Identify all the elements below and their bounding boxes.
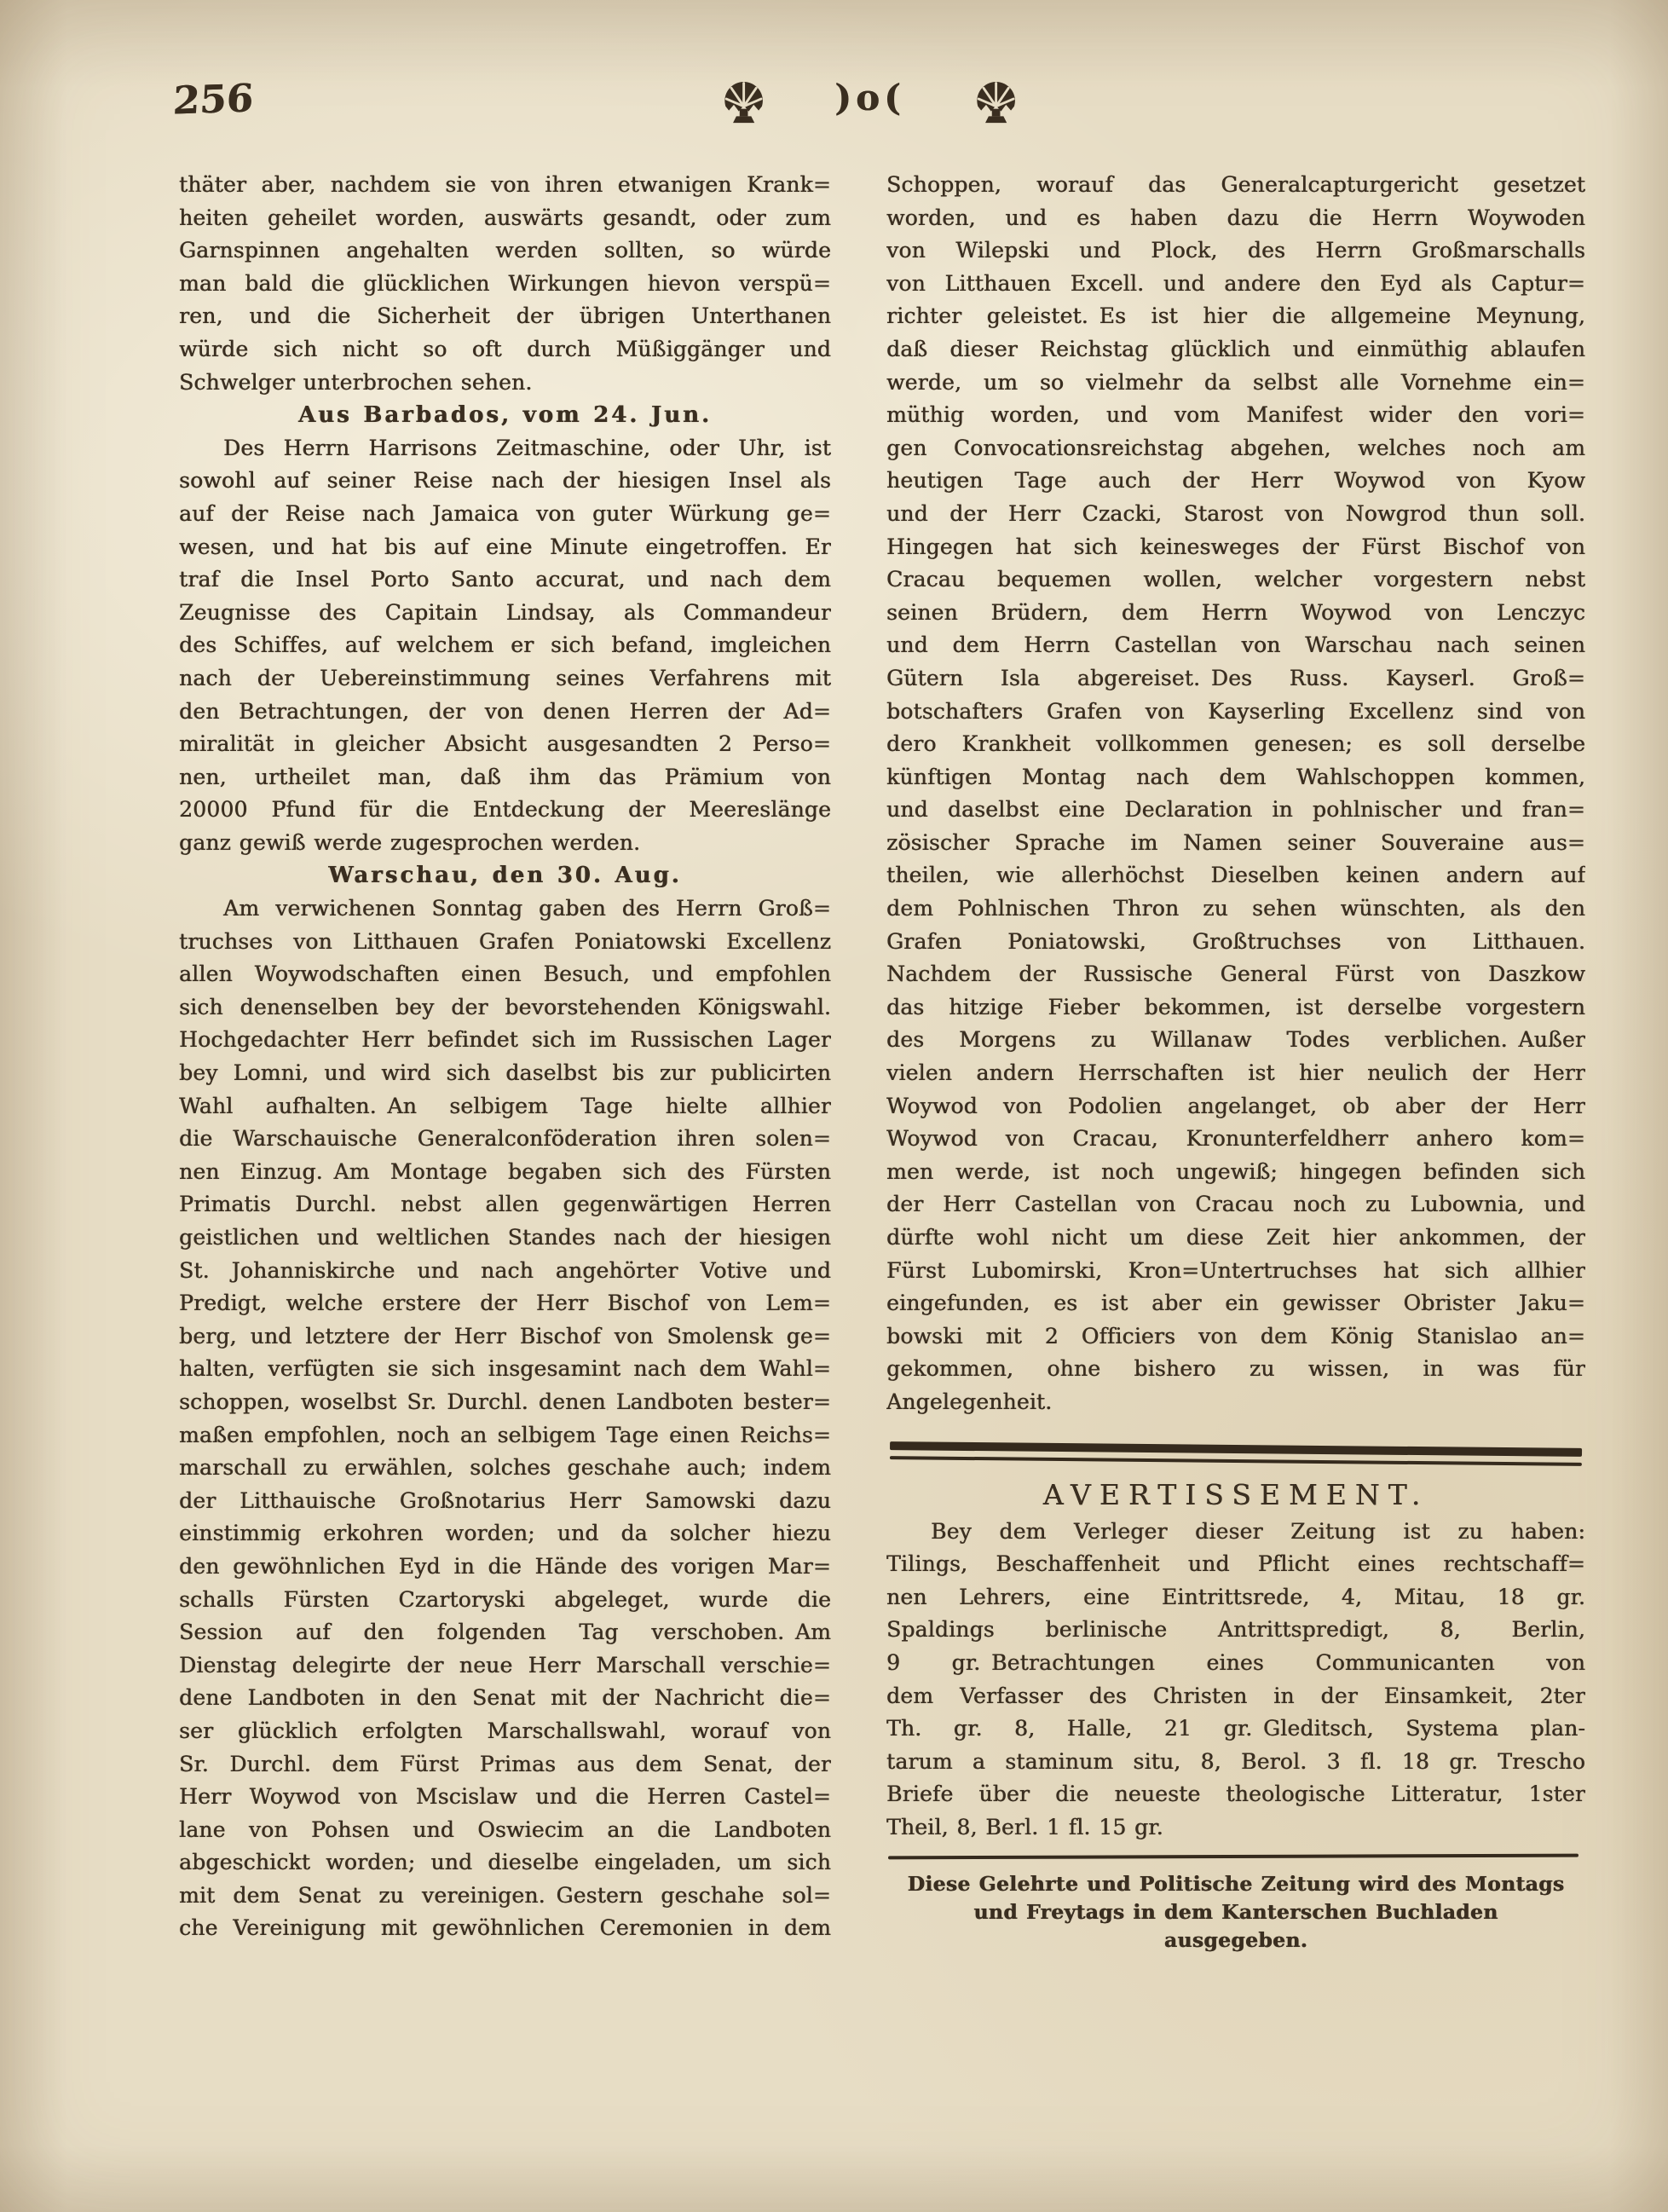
text-line: zösischer Sprache im Namen seiner Souver… <box>886 827 1585 860</box>
text-line: Fürst Lubomirski, Kron=Untertruchses hat… <box>886 1255 1585 1288</box>
text-line: che Vereinigung mit gewöhnlichen Ceremon… <box>179 1912 831 1945</box>
text-line: ren, und die Sicherheit der übrigen Unte… <box>179 300 831 333</box>
text-line: Herr Woywod von Mscislaw und die Herren … <box>179 1781 831 1814</box>
rule-bar <box>890 1441 1582 1457</box>
text-line: men werde, ist noch ungewiß; hingegen be… <box>886 1156 1585 1189</box>
text-line: richter geleistet. Es ist hier die allge… <box>886 300 1585 333</box>
text-line: wesen, und hat bis auf eine Minute einge… <box>179 531 831 564</box>
text-line: der Litthauische Großnotarius Herr Samow… <box>179 1485 831 1518</box>
text-line: von Wilepski und Plock, des Herrn Großma… <box>886 234 1585 268</box>
text-line: maßen empfohlen, noch an selbigem Tage e… <box>179 1419 831 1453</box>
text-line: daß dieser Reichstag glücklich und einmü… <box>886 333 1585 367</box>
dateline-heading: Aus Barbados, vom 24. Jun. <box>179 399 831 432</box>
text-line: Diese Gelehrte und Politische Zeitung wi… <box>886 1870 1585 1898</box>
text-line: und daselbst eine Declaration in pohlnis… <box>886 794 1585 827</box>
text-line: seinen Brüdern, dem Herrn Woywod von Len… <box>886 597 1585 630</box>
text-line: nen Lehrers, eine Eintrittsrede, 4, Mita… <box>886 1581 1585 1614</box>
text-line: Wahl aufhalten. An selbigem Tage hielte … <box>179 1090 831 1123</box>
page-number: 256 <box>172 78 255 119</box>
text-line: Garnspinnen angehalten werden sollten, s… <box>179 234 831 268</box>
column-right: Schoppen, worauf das Generalcapturgerich… <box>886 169 1585 1955</box>
text-line: berg, und letztere der Herr Bischof von … <box>179 1320 831 1354</box>
text-line: Woywod von Podolien angelanget, ob aber … <box>886 1090 1585 1123</box>
text-line: Predigt, welche erstere der Herr Bischof… <box>179 1287 831 1320</box>
text-line: gekommen, ohne bishero zu wissen, in was… <box>886 1353 1585 1386</box>
text-line: Am verwichenen Sonntag gaben des Herrn G… <box>179 892 831 926</box>
text-line: Tilings, Beschaffenheit und Pflicht eine… <box>886 1548 1585 1581</box>
text-line: auf der Reise nach Jamaica von guter Wür… <box>179 498 831 531</box>
text-line: ausgegeben. <box>886 1926 1585 1955</box>
text-line: 9 gr. Betrachtungen eines Communicanten … <box>886 1647 1585 1680</box>
text-line: sich denenselben bey der bevorstehenden … <box>179 991 831 1025</box>
text-line: heiten geheilet worden, auswärts gesandt… <box>179 202 831 235</box>
text-line: und dem Herrn Castellan von Warschau nac… <box>886 629 1585 662</box>
text-line: des Morgens zu Willanaw Todes verblichen… <box>886 1024 1585 1057</box>
text-line: Spaldings berlinische Antrittspredigt, 8… <box>886 1614 1585 1647</box>
text-line: würde sich nicht so oft durch Müßiggänge… <box>179 333 831 367</box>
rule-divider <box>888 1853 1579 1859</box>
advertisement-heading: AVERTISSEMENT. <box>886 1476 1585 1514</box>
text-line: lane von Pohsen und Oswiecim an die Land… <box>179 1814 831 1847</box>
colophon: Diese Gelehrte und Politische Zeitung wi… <box>886 1870 1585 1955</box>
text-line: dero Krankheit vollkommen genesen; es so… <box>886 728 1585 761</box>
text-line: traf die Insel Porto Santo accurat, und … <box>179 563 831 597</box>
rule-bar <box>890 1456 1582 1466</box>
text-line: Briefe über die neueste theologische Lit… <box>886 1778 1585 1811</box>
signature-mark: )o( <box>834 80 905 119</box>
text-line: tarum a staminum situ, 8, Berol. 3 fl. 1… <box>886 1746 1585 1779</box>
text-line: geistlichen und weltlichen Standes nach … <box>179 1222 831 1255</box>
text-line: dem Pohlnischen Thron zu sehen wünschten… <box>886 892 1585 926</box>
double-rule-divider <box>890 1441 1582 1466</box>
text-line: gen Convocationsreichstag abgehen, welch… <box>886 432 1585 465</box>
text-line: Hochgedachter Herr befindet sich im Russ… <box>179 1024 831 1057</box>
text-line: Primatis Durchl. nebst allen gegenwärtig… <box>179 1188 831 1222</box>
text-line: nen, urtheilet man, daß ihm das Prämium … <box>179 761 831 794</box>
text-line: Schwelger unterbrochen sehen. <box>179 367 831 400</box>
text-line: Theil, 8, Berl. 1 fl. 15 gr. <box>886 1811 1585 1845</box>
text-line: ganz gewiß werde zugesprochen werden. <box>179 827 831 860</box>
text-line: Sr. Durchl. dem Fürst Primas aus dem Sen… <box>179 1748 831 1782</box>
text-line: abgeschickt worden; und dieselbe eingela… <box>179 1846 831 1880</box>
text-line: St. Johanniskirche und nach angehörter V… <box>179 1255 831 1288</box>
printer-shell-ornament-icon <box>717 73 770 126</box>
column-left: thäter aber, nachdem sie von ihren etwan… <box>179 169 831 1955</box>
body-paragraph: Bey dem Verleger dieser Zeitung ist zu h… <box>886 1516 1585 1845</box>
text-line: künftigen Montag nach dem Wahlschoppen k… <box>886 761 1585 794</box>
text-line: mit dem Senat zu vereinigen. Gestern ges… <box>179 1880 831 1913</box>
text-line: worden, und es haben dazu die Herrn Woyw… <box>886 202 1585 235</box>
text-line: den gewöhnlichen Eyd in die Hände des vo… <box>179 1551 831 1584</box>
text-line: Des Herrn Harrisons Zeitmaschine, oder U… <box>179 432 831 465</box>
text-line: eingefunden, es ist aber ein gewisser Ob… <box>886 1287 1585 1320</box>
body-paragraph: Schoppen, worauf das Generalcapturgerich… <box>886 169 1585 1419</box>
text-line: Hingegen hat sich keinesweges der Fürst … <box>886 531 1585 564</box>
text-line: einstimmig erkohren worden; und da solch… <box>179 1517 831 1551</box>
text-line: man bald die glücklichen Wirkungen hievo… <box>179 268 831 301</box>
body-paragraph: Des Herrn Harrisons Zeitmaschine, oder U… <box>179 432 831 860</box>
text-line: theilen, wie allerhöchst Dieselben keine… <box>886 859 1585 892</box>
text-line: sowohl auf seiner Reise nach der hiesige… <box>179 465 831 498</box>
header-ornaments: )o( <box>717 73 1023 126</box>
text-line: Nachdem der Russische General Fürst von … <box>886 958 1585 991</box>
text-line: Grafen Poniatowski, Großtruchses von Lit… <box>886 926 1585 959</box>
text-line: Angelegenheit. <box>886 1386 1585 1419</box>
text-line: schoppen, woselbst Sr. Durchl. denen Lan… <box>179 1386 831 1419</box>
text-line: 20000 Pfund für die Entdeckung der Meere… <box>179 794 831 827</box>
text-line: dürfte wohl nicht um diese Zeit hier ank… <box>886 1222 1585 1255</box>
body-paragraph: thäter aber, nachdem sie von ihren etwan… <box>179 169 831 399</box>
text-line: und Freytags in dem Kanterschen Buchlade… <box>886 1898 1585 1926</box>
text-line: Schoppen, worauf das Generalcapturgerich… <box>886 169 1585 202</box>
text-line: Zeugnisse des Capitain Lindsay, als Comm… <box>179 597 831 630</box>
text-line: nen Einzug. Am Montage begaben sich des … <box>179 1156 831 1189</box>
text-line: die Warschauische Generalconföderation i… <box>179 1123 831 1156</box>
text-line: marschall zu erwählen, solches geschahe … <box>179 1452 831 1485</box>
text-line: müthig worden, und vom Manifest wider de… <box>886 399 1585 432</box>
text-line: Cracau bequemen wollen, welcher vorgeste… <box>886 563 1585 597</box>
text-line: miralität in gleicher Absicht ausgesandt… <box>179 728 831 761</box>
text-line: und der Herr Czacki, Starost von Nowgrod… <box>886 498 1585 531</box>
text-line: halten, verfügten sie sich insgesamint n… <box>179 1353 831 1386</box>
text-line: allen Woywodschaften einen Besuch, und e… <box>179 958 831 991</box>
text-line: Session auf den folgenden Tag verschoben… <box>179 1616 831 1649</box>
text-line: nach der Uebereinstimmung seines Verfahr… <box>179 662 831 696</box>
text-line: schalls Fürsten Czartoryski abgeleget, w… <box>179 1584 831 1617</box>
text-line: Woywod von Cracau, Kronunterfeldherr anh… <box>886 1123 1585 1156</box>
printer-shell-ornament-icon <box>970 73 1023 126</box>
dateline-heading: Warschau, den 30. Aug. <box>179 859 831 892</box>
text-line: thäter aber, nachdem sie von ihren etwan… <box>179 169 831 202</box>
text-line: bey Lomni, und wird sich daselbst bis zu… <box>179 1057 831 1090</box>
text-line: vielen andern Herrschaften ist hier neul… <box>886 1057 1585 1090</box>
newspaper-page: 256 )o( <box>0 0 1668 2212</box>
body-paragraph: Am verwichenen Sonntag gaben des Herrn G… <box>179 892 831 1945</box>
text-line: Bey dem Verleger dieser Zeitung ist zu h… <box>886 1516 1585 1549</box>
text-line: Gütern Isla abgereiset. Des Russ. Kayser… <box>886 662 1585 696</box>
text-line: werde, um so vielmehr da selbst alle Vor… <box>886 367 1585 400</box>
text-line: botschafters Grafen von Kayserling Excel… <box>886 696 1585 729</box>
text-line: ser glücklich erfolgten Marschallswahl, … <box>179 1715 831 1748</box>
text-line: bowski mit 2 Officiers von dem König Sta… <box>886 1320 1585 1354</box>
text-columns: thäter aber, nachdem sie von ihren etwan… <box>179 169 1585 1955</box>
text-line: Th. gr. 8, Halle, 21 gr. Gleditsch, Syst… <box>886 1712 1585 1746</box>
text-line: heutigen Tage auch der Herr Woywod von K… <box>886 465 1585 498</box>
text-line: dene Landboten in den Senat mit der Nach… <box>179 1682 831 1715</box>
text-line: des Schiffes, auf welchem er sich befand… <box>179 629 831 662</box>
text-line: Dienstag delegirte der neue Herr Marscha… <box>179 1649 831 1683</box>
text-line: von Litthauen Excell. und andere den Eyd… <box>886 268 1585 301</box>
text-line: das hitzige Fieber bekommen, ist derselb… <box>886 991 1585 1025</box>
text-line: den Betrachtungen, der von denen Herren … <box>179 696 831 729</box>
text-line: dem Verfasser des Christen in der Einsam… <box>886 1680 1585 1713</box>
text-line: der Herr Castellan von Cracau noch zu Lu… <box>886 1188 1585 1222</box>
text-line: truchses von Litthauen Grafen Poniatowsk… <box>179 926 831 959</box>
